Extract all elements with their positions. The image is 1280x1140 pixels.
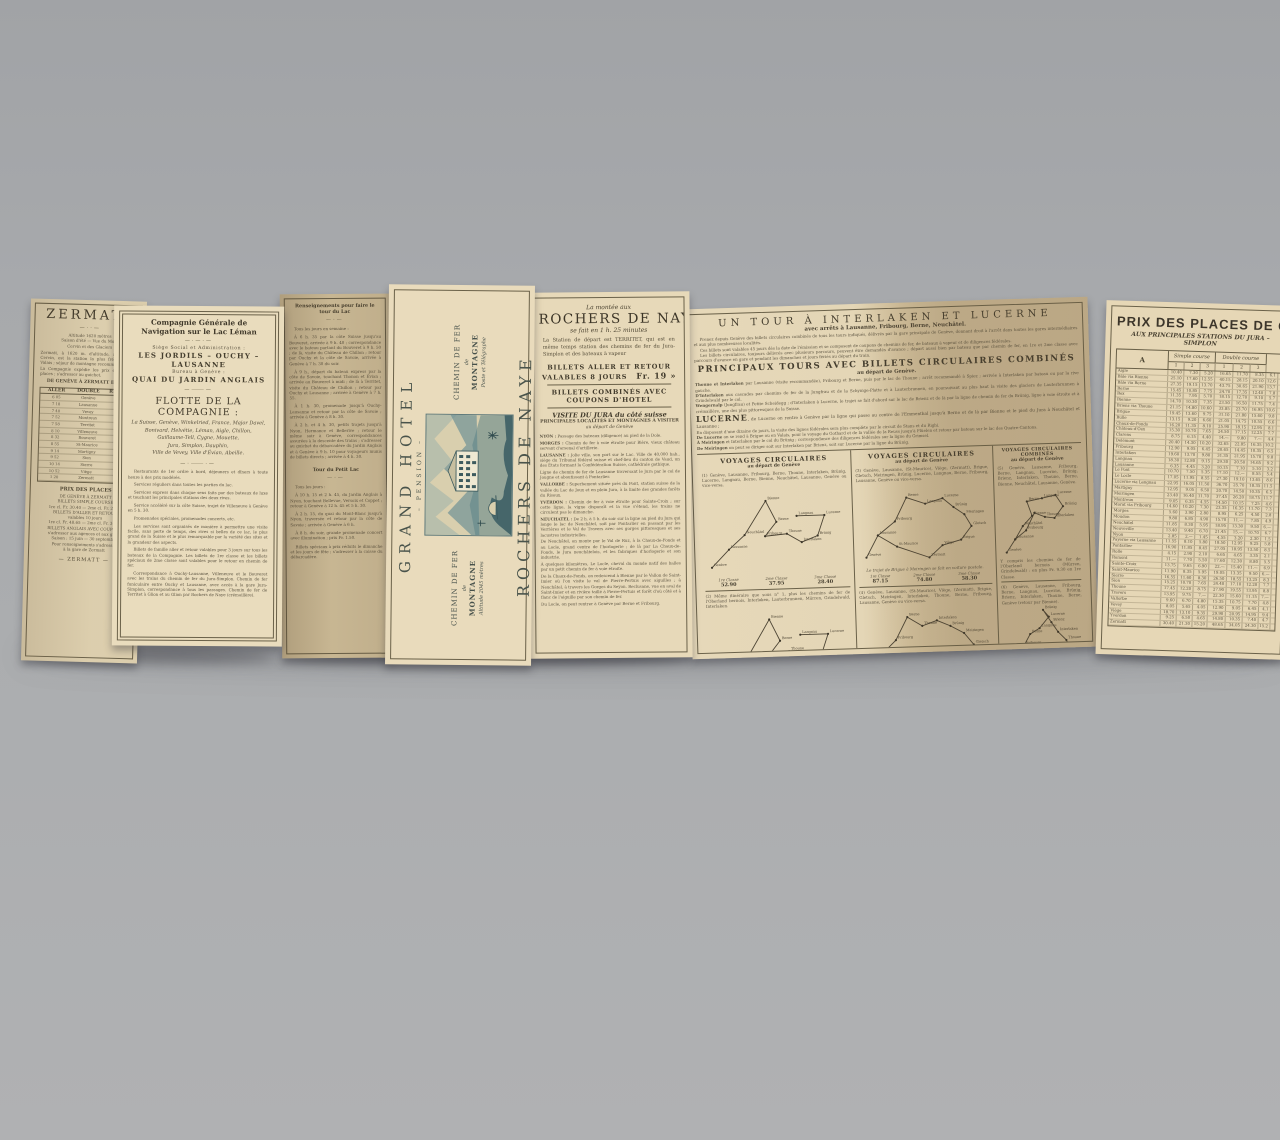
extra-col: 5.4 xyxy=(1263,472,1275,477)
double-1cl: 29.90 xyxy=(1208,611,1226,616)
double-2cl: 22.85 xyxy=(1231,442,1248,447)
rochers-frame: La montée aux ROCHERS DE NAYE se fait en… xyxy=(532,296,687,653)
route-diagram-6: GenèveLausanneFribourgBerneLangnauLucern… xyxy=(1002,603,1084,654)
double-3cl: 9.50 xyxy=(1244,571,1260,576)
simple-3cl: 1.45 xyxy=(1195,535,1210,540)
double-1cl: 21.05 xyxy=(1214,418,1232,423)
double-2cl: 19.10 xyxy=(1230,477,1247,482)
jura-entry: LAUSANNE : Jolie ville, son port sur le … xyxy=(540,451,680,468)
svg-text:Fribourg: Fribourg xyxy=(1026,640,1042,645)
simple-2cl: 11.85 xyxy=(1179,546,1195,551)
jura-entry-text: Du Locle, on peut rentrer à Genève par B… xyxy=(541,600,660,606)
simple-3cl: 7.35 xyxy=(1199,400,1214,405)
corner-label: A xyxy=(1116,349,1169,369)
simple-1cl: 10.70 xyxy=(1165,469,1181,474)
petit-lac-paragraph: Tous les jours : xyxy=(290,484,382,490)
simple-2cl: 2.90 xyxy=(1179,552,1195,557)
svg-text:Meiringen: Meiringen xyxy=(966,509,985,514)
rochers-title: ROCHERS DE NAYE xyxy=(539,310,679,327)
double-3cl: 16.35 xyxy=(1248,443,1264,448)
double-2cl: 28.15 xyxy=(1233,378,1250,383)
double-1cl: 18.15 xyxy=(1215,395,1233,400)
station-name: Lausanne xyxy=(72,402,104,409)
double-1cl: 24.50 xyxy=(1213,430,1231,435)
simple-3cl: 8.30 xyxy=(1194,576,1209,581)
double-3cl: 14.95 xyxy=(1243,612,1259,617)
double-3cl: 3.35 xyxy=(1245,554,1261,559)
simple-1cl: 10.40 xyxy=(1168,370,1184,375)
svg-text:Berne: Berne xyxy=(778,516,788,520)
simple-2cl: 9.20 xyxy=(1183,417,1199,422)
simple-3cl: 7.75 xyxy=(1200,389,1215,394)
station-name: Martigny xyxy=(71,448,103,455)
navigation-paragraph: Restaurants de 1er ordre à bord, déjeune… xyxy=(128,469,268,481)
time-aller: 7 52 xyxy=(40,414,72,421)
simple-3cl: 6.45 xyxy=(1198,447,1213,452)
extra-col: 9.4 xyxy=(1259,613,1271,618)
simple-2cl: 12.20 xyxy=(1177,587,1193,592)
svg-text:Brienz: Brienz xyxy=(1053,617,1065,621)
double-3cl: 10.35 xyxy=(1247,489,1263,494)
fare-value: 52.90 xyxy=(719,581,739,588)
jura-entry: À quelques kilomètres, Le Locle, cheval … xyxy=(541,560,681,572)
station-name: Genève xyxy=(72,395,104,402)
panel-navigation: Compagnie Générale de Navigation sur le … xyxy=(112,305,284,646)
simple-3cl: 15.20 xyxy=(1192,622,1207,627)
ornament: —·— xyxy=(289,317,381,324)
simple-2cl: 17.60 xyxy=(1184,376,1200,381)
double-3cl: 21.90 xyxy=(1250,384,1266,389)
montagne-label: MONTAGNE xyxy=(470,316,480,408)
double-1cl: 36.70 xyxy=(1212,483,1230,488)
double-2cl: 10.15 xyxy=(1229,501,1246,506)
navigation-outer-frame: Compagnie Générale de Navigation sur le … xyxy=(117,310,279,641)
double-3cl: 9.25 xyxy=(1245,542,1261,547)
double-1cl: 27.90 xyxy=(1208,588,1226,593)
double-3cl: 15.60 xyxy=(1249,414,1265,419)
double-3cl: 9.10 xyxy=(1250,396,1266,401)
jura-entry-text: De la Chaux-de-Fonds, on redescend à Bie… xyxy=(541,572,681,599)
panel-rochers: La montée aux ROCHERS DE NAYE se fait en… xyxy=(527,291,692,658)
double-2cl: 14.75 xyxy=(1232,419,1249,424)
double-3cl: 2.30 xyxy=(1245,536,1261,541)
altitude-label: Altitude 2045 mètres xyxy=(478,542,485,634)
svg-text:Fribourg: Fribourg xyxy=(771,651,787,654)
simple-3cl: 7.30 xyxy=(1196,505,1211,510)
time-aller: 1 20 xyxy=(38,474,70,481)
simple-2cl: 10.70 xyxy=(1182,429,1198,434)
svg-text:Lausanne: Lausanne xyxy=(1017,534,1034,539)
simple-3cl: 4.90 xyxy=(1196,517,1211,522)
simple-2cl: 2.— xyxy=(1179,534,1195,539)
double-3cl: 12.95 xyxy=(1249,425,1265,430)
simple-3cl: 2.10 xyxy=(1195,552,1210,557)
rochers-duration: se fait en 1 h. 25 minutes xyxy=(539,326,679,334)
double-2cl: 26.20 xyxy=(1229,495,1246,500)
panel-tarif: PRIX DES PLACES DE GENÈVE AUX PRINCIPALE… xyxy=(1095,300,1280,660)
double-1cl: 6.65 xyxy=(1210,553,1228,558)
double-3cl: 13.95 xyxy=(1243,589,1259,594)
fare-value: 37.95 xyxy=(766,580,788,587)
double-3cl: 11.70 xyxy=(1246,507,1262,512)
extra-col: 5.5 xyxy=(1260,560,1272,565)
double-1cl: 22.— xyxy=(1209,564,1227,569)
tours-frame: UN TOUR À INTERLAKEN ET LUCERNE avec arr… xyxy=(687,302,1093,654)
double-3cl: 10.55 xyxy=(1249,419,1265,424)
itinerary-5: (5) Genève, Lausanne, Fribourg, Berne, L… xyxy=(997,463,1078,487)
simple-1cl: 20.40 xyxy=(1166,440,1182,445)
jura-entry: De la Chaux-de-Fonds, on redescend à Bie… xyxy=(541,572,681,600)
double-3cl: 7.85 xyxy=(1246,519,1262,524)
double-3cl: 15.70 xyxy=(1248,454,1264,459)
ship-list: La Suisse, Genève, Winkelried, France, M… xyxy=(128,420,268,458)
route-diagram-1: GenèveLausanneNeuchâtelBienneBerneFribou… xyxy=(702,484,851,577)
double-1cl: 27.05 xyxy=(1210,547,1228,552)
simple-2cl: 13.70 xyxy=(1182,452,1198,457)
simple-1cl: 9.60 xyxy=(1161,598,1177,603)
simple-3cl: 2.80 xyxy=(1196,511,1211,516)
divider xyxy=(547,383,671,385)
simple-3cl: 8.75 xyxy=(1193,587,1208,592)
double-1cl: 23.35 xyxy=(1211,506,1229,511)
double-1cl: 18.50 xyxy=(1210,541,1228,546)
double-3cl: 14.65 xyxy=(1247,460,1263,465)
double-2cl: 9.05 xyxy=(1226,606,1243,611)
svg-text:Lucerne: Lucerne xyxy=(1050,612,1064,616)
ship-line: Ville de Vevey, Ville d'Évian, Abeille. xyxy=(128,450,268,458)
simple-3cl: 6.50 xyxy=(1197,488,1212,493)
extra-col: 11.7 xyxy=(1262,496,1274,501)
double-3cl: 18.35 xyxy=(1247,484,1263,489)
tour-du-lac-frame: Renseignements pour faire le tour du Lac… xyxy=(284,298,388,655)
svg-text:Langnau: Langnau xyxy=(798,510,814,514)
time-aller: 6 05 xyxy=(40,394,72,401)
double-1cl: 32.65 xyxy=(1213,442,1231,447)
simple-1cl: 30.40 xyxy=(1160,621,1176,626)
admin-address: LES JORDILS – OUCHY – LAUSANNE xyxy=(129,351,269,370)
extra-col: 4.6 xyxy=(1262,502,1274,507)
double-3cl: 11.— xyxy=(1244,565,1260,570)
time-aller: 8 55 xyxy=(39,441,71,448)
simple-1cl: 19.45 xyxy=(1167,411,1183,416)
simple-3cl: 11.70 xyxy=(1196,494,1211,499)
simple-2cl: 9.40 xyxy=(1179,528,1195,533)
simple-2cl: 11.95 xyxy=(1181,476,1197,481)
simple-3cl: 5.35 xyxy=(1197,470,1212,475)
col-aller: ALLER xyxy=(40,388,72,394)
price-cell: 3me Classe28.40 xyxy=(814,573,836,585)
time-aller: 10 14 xyxy=(38,461,70,468)
jura-entry-text: Passage des bateaux (diligence) au pied … xyxy=(557,433,661,439)
extra-col: 8.6 xyxy=(1263,478,1275,483)
jura-entry: Ligne de chemin de fer de Lausanne trave… xyxy=(540,469,680,481)
poste-telegraphe-label: Poste et Télégraphe xyxy=(481,316,488,408)
petit-lac-paragraph: À 10 h. 15 et 2 h. 45, du Jardin Anglais… xyxy=(290,492,382,508)
double-3cl: 13.25 xyxy=(1244,577,1260,582)
double-2cl: 12.70 xyxy=(1233,395,1250,400)
class-2: 2 xyxy=(1233,363,1250,372)
simple-1cl: 2.85 xyxy=(1163,534,1179,539)
simple-2cl: 6.85 xyxy=(1180,517,1196,522)
double-1cl: 43.75 xyxy=(1215,383,1233,388)
montagne-label: MONTAGNE xyxy=(467,542,477,634)
double-1cl: 12.90 xyxy=(1208,605,1226,610)
double-3cl: 12.40 xyxy=(1250,390,1266,395)
simple-3cl: 10.20 xyxy=(1198,441,1213,446)
tour-du-lac-paragraph: À 2 h. et 4 h. 30, petits trajets jusqu'… xyxy=(290,422,382,460)
simple-2cl: 16.40 xyxy=(1180,493,1196,498)
class-3: 3 xyxy=(1200,362,1215,370)
svg-text:Brünig: Brünig xyxy=(955,502,968,506)
extra-col: 4.9 xyxy=(1262,519,1274,524)
svg-text:Gletsch: Gletsch xyxy=(975,639,989,643)
simple-2cl: 6.15 xyxy=(1182,435,1198,440)
double-2cl: 9.80 xyxy=(1231,436,1248,441)
double-1cl: 8.95 xyxy=(1211,512,1229,517)
svg-text:Brünig: Brünig xyxy=(820,530,833,534)
fare-value: 87.15 xyxy=(870,578,890,585)
double-1cl: 14.50 xyxy=(1211,500,1229,505)
svg-text:Interlaken: Interlaken xyxy=(1060,627,1079,632)
simple-3cl: 7.65 xyxy=(1198,429,1213,434)
double-1cl: 21.45 xyxy=(1210,529,1228,534)
extra-col: 6.— xyxy=(1261,525,1273,530)
simple-2cl: 6.35 xyxy=(1180,499,1196,504)
simple-1cl: 14.70 xyxy=(1167,399,1183,404)
svg-text:Brünig: Brünig xyxy=(1045,605,1058,609)
svg-text:Berne: Berne xyxy=(782,636,792,640)
double-2cl: 12.95 xyxy=(1228,542,1245,547)
extra-col: 7.7 xyxy=(1264,432,1276,437)
extra-col: 4.1 xyxy=(1259,607,1271,612)
extra-col: 10.2 xyxy=(1264,443,1276,448)
simple-1cl: 9.80 xyxy=(1164,516,1180,521)
panel-tour-du-lac: Renseignements pour faire le tour du Lac… xyxy=(280,294,393,659)
double-1cl: 26.50 xyxy=(1209,576,1227,581)
svg-text:Fribourg: Fribourg xyxy=(1028,525,1044,530)
fare-table-body: Aigle 10.40 7.30 5.20 16.65 11.70 8.35 6… xyxy=(1108,368,1280,630)
simple-3cl: 12.55 xyxy=(1200,377,1215,382)
simple-1cl: 11.— xyxy=(1162,557,1178,562)
double-2cl: 15.60 xyxy=(1226,594,1243,599)
double-2cl: 30.65 xyxy=(1233,384,1250,389)
chemin-de-fer-label: CHEMIN DE FER xyxy=(453,316,463,408)
jura-entry: NEUCHATEL : De 2 h. à 5 h. du soir sur l… xyxy=(540,515,680,537)
simple-1cl: 21.15 xyxy=(1167,405,1183,410)
grand-hotel-title: GRAND HOTEL xyxy=(395,297,417,651)
simple-1cl: 27.35 xyxy=(1168,382,1184,387)
double-3cl: 4.50 xyxy=(1246,513,1262,518)
svg-text:Brigue: Brigue xyxy=(963,534,975,538)
tour-du-lac-paragraph: À 1 h. 30, promenade jusqu'à Ouchy-Lausa… xyxy=(289,403,381,419)
station-name: St-Maurice xyxy=(71,442,103,449)
simple-2cl: 13.60 xyxy=(1183,411,1199,416)
double-1cl: 24.40 xyxy=(1209,582,1227,587)
simple-1cl: 13.15 xyxy=(1167,417,1183,422)
simple-1cl: 9.25 xyxy=(1161,615,1177,620)
jura-entry-text: À quelques kilomètres, Le Locle, cheval … xyxy=(541,560,681,571)
double-3cl: 8.80 xyxy=(1244,560,1260,565)
ornament: —·⸻·— xyxy=(128,459,268,467)
fare-table: A Simple course Double course 1 2 3 1 2 … xyxy=(1107,348,1280,631)
svg-text:Brünig: Brünig xyxy=(823,650,836,654)
simple-3cl: 8.45 xyxy=(1195,546,1210,551)
simple-1cl: 16.90 xyxy=(1163,545,1179,550)
navigation-paragraphs: Restaurants de 1er ordre à bord, déjeune… xyxy=(127,469,268,598)
jura-entry-locality: NYON : xyxy=(540,434,557,439)
simple-3cl: 4.05 xyxy=(1193,605,1208,610)
simple-1cl: 4.15 xyxy=(1163,551,1179,556)
cover-content: GRAND HOTEL – PENSION – CHEMIN DE FER de… xyxy=(395,297,525,652)
extra-col: 8.8 xyxy=(1259,589,1271,594)
double-2cl: 17.35 xyxy=(1233,390,1250,395)
simple-3cl: 5.95 xyxy=(1195,523,1210,528)
double-1cl: 15.70 xyxy=(1211,518,1229,523)
route-diagram-4: GenèveLausanneFribourgBerneThouneInterla… xyxy=(860,601,997,654)
panel-tours-sheet: UN TOUR À INTERLAKEN ET LUCERNE avec arr… xyxy=(682,297,1099,660)
station-name: Vevey xyxy=(72,408,104,415)
double-1cl: 20.70 xyxy=(1212,488,1230,493)
extra-col: 3.2 xyxy=(1263,467,1275,472)
double-1cl: 10.15 xyxy=(1212,465,1230,470)
class-2: 2 xyxy=(1184,362,1200,370)
double-2cl: 19.55 xyxy=(1226,588,1243,593)
price-cell: 3me Classe58.30 xyxy=(958,570,980,582)
station-name: Zermatt xyxy=(70,475,102,482)
time-aller: 8 32 xyxy=(39,434,71,441)
svg-text:Fribourg: Fribourg xyxy=(897,635,913,640)
double-3cl: 11.75 xyxy=(1249,402,1265,407)
svg-text:Berne: Berne xyxy=(1032,629,1042,633)
simple-3cl: 9.80 xyxy=(1198,453,1213,458)
double-2cl: 12.— xyxy=(1230,471,1247,476)
extra-col: 9.2 xyxy=(1263,461,1275,466)
col-double: DOUBLE xyxy=(72,389,104,395)
extra-col: 7.8 xyxy=(1266,391,1278,396)
double-3cl: 10.70 xyxy=(1245,530,1261,535)
svg-text:St-Maurice: St-Maurice xyxy=(898,541,917,546)
simple-3cl: 7.— xyxy=(1193,593,1208,598)
extra-col: 13.7 xyxy=(1266,385,1278,390)
simple-3cl: 10.60 xyxy=(1199,406,1214,411)
simple-1cl: 15.25 xyxy=(1162,580,1178,585)
extra-col: 12.6 xyxy=(1266,379,1278,384)
simple-1cl: 17.45 xyxy=(1161,586,1177,591)
double-1cl: 15.35 xyxy=(1208,599,1226,604)
simple-3cl: 4.80 xyxy=(1193,599,1208,604)
double-1cl: 17.60 xyxy=(1209,558,1227,563)
time-aller: 9 14 xyxy=(39,447,71,454)
extra-column-header xyxy=(1266,354,1279,372)
double-1cl: 37.45 xyxy=(1211,494,1229,499)
simple-3cl: 4.55 xyxy=(1196,500,1211,505)
price-cell: 1re Classe87.15 xyxy=(870,573,891,585)
extra-col: 6.6 xyxy=(1265,420,1277,425)
chemin-de-fer-label: CHEMIN DE FER xyxy=(450,542,460,634)
voyages-circulaires-col-1: VOYAGES CIRCULAIRES au départ de Genève … xyxy=(697,450,859,654)
petit-lac-paragraphs: Tous les jours :À 10 h. 15 et 2 h. 45, d… xyxy=(290,484,383,560)
double-2cl: 3.20 xyxy=(1228,536,1245,541)
simple-1cl: 9.05 xyxy=(1164,499,1180,504)
simple-1cl: 16.20 xyxy=(1167,423,1183,428)
double-3cl: 24.30 xyxy=(1242,624,1258,629)
double-2cl: 20.50 xyxy=(1231,460,1248,465)
double-1cl: 17.10 xyxy=(1212,471,1230,476)
simple-1cl: 23.40 xyxy=(1164,493,1180,498)
extra-col: 10.6 xyxy=(1265,408,1277,413)
double-1cl: 14.80 xyxy=(1208,617,1226,622)
simple-2cl: 14.30 xyxy=(1182,441,1198,446)
jura-entry: De Neuchâtel, on monte par le Val de Ruz… xyxy=(541,538,681,560)
simple-3cl: 6.90 xyxy=(1194,564,1209,569)
prix-value: Fr. 19 » xyxy=(636,370,676,380)
double-1cl: 16.65 xyxy=(1215,372,1233,377)
station-name: Montreux xyxy=(72,415,104,422)
simple-2cl: 10.30 xyxy=(1183,400,1199,405)
photograph-of-folded-brochure: ZERMATT —··— Altitude 1620 mètresSaison … xyxy=(0,0,1280,1140)
double-1cl: 19.05 xyxy=(1209,570,1227,575)
simple-2cl: 7.95 xyxy=(1184,394,1200,399)
svg-text:Berne: Berne xyxy=(908,492,918,496)
voyages-circulaires-col-3: VOYAGES CIRCULAIRES COMBINÉS au départ d… xyxy=(993,443,1090,654)
simple-2cl: 7.70 xyxy=(1178,557,1194,562)
double-2cl: 18.95 xyxy=(1228,547,1245,552)
double-2cl: 16.35 xyxy=(1229,506,1246,511)
navigation-paragraph: Services express dans chaque sens faits … xyxy=(128,490,268,502)
double-2cl: 13.30 xyxy=(1228,524,1245,529)
svg-text:Berne: Berne xyxy=(1028,496,1038,500)
simple-2cl: 3.90 xyxy=(1180,511,1196,516)
extra-col: 15.2 xyxy=(1258,624,1270,629)
flotte-title: FLOTTE DE LA COMPAGNIE : xyxy=(128,396,268,419)
navigation-paragraph: Service accéléré sur la côte Suisse, tra… xyxy=(128,503,268,515)
station-name: Sion xyxy=(71,455,103,462)
double-3cl: 16.95 xyxy=(1249,408,1265,413)
simple-1cl: 11.85 xyxy=(1164,522,1180,527)
navigation-paragraph: Services réguliers dans toutes les parti… xyxy=(128,482,268,488)
svg-text:Meiringen: Meiringen xyxy=(966,627,985,632)
fare-value: 28.40 xyxy=(814,578,836,585)
svg-text:Lucerne: Lucerne xyxy=(826,510,840,514)
simple-1cl: 13.40 xyxy=(1163,528,1179,533)
ornament: —·—·— xyxy=(129,338,269,345)
simple-2cl: 9.05 xyxy=(1181,487,1197,492)
cover-engraving-mountain-hotel xyxy=(424,414,513,537)
billets-coupons: BILLETS COMBINÉS AVEC COUPONS D'HOTEL xyxy=(539,387,679,404)
simple-3cl: 5.50 xyxy=(1194,558,1209,563)
extra-col: 2.8 xyxy=(1262,513,1274,518)
svg-text:Interlaken: Interlaken xyxy=(938,615,957,620)
svg-text:Lausanne: Lausanne xyxy=(731,544,748,549)
cover-right-block: CHEMIN DE FER de MONTAGNE Poste et Télég… xyxy=(453,316,488,408)
simple-1cl: 18.70 xyxy=(1161,610,1177,615)
double-1cl: 31.10 xyxy=(1214,412,1232,417)
svg-text:Langnau: Langnau xyxy=(1041,623,1057,627)
double-1cl: 22.30 xyxy=(1208,594,1226,599)
time-aller: 8 10 xyxy=(39,427,71,434)
svg-text:Genève: Genève xyxy=(868,552,881,556)
double-1cl: 40.15 xyxy=(1215,377,1233,382)
navigation-inner-frame: Compagnie Générale de Navigation sur le … xyxy=(120,313,276,638)
fare-value: 58.30 xyxy=(958,575,980,582)
simple-2cl: 7.30 xyxy=(1184,371,1200,376)
double-1cl: 29.30 xyxy=(1213,459,1231,464)
double-2cl: 23.70 xyxy=(1232,407,1249,412)
simple-3cl: 11.50 xyxy=(1197,482,1212,487)
cover-middle-band: CHEMIN DE FER de MONTAGNE Altitude 2045 … xyxy=(423,298,515,653)
simple-1cl: 19.60 xyxy=(1166,452,1182,457)
svg-text:Thoune: Thoune xyxy=(1046,512,1059,516)
